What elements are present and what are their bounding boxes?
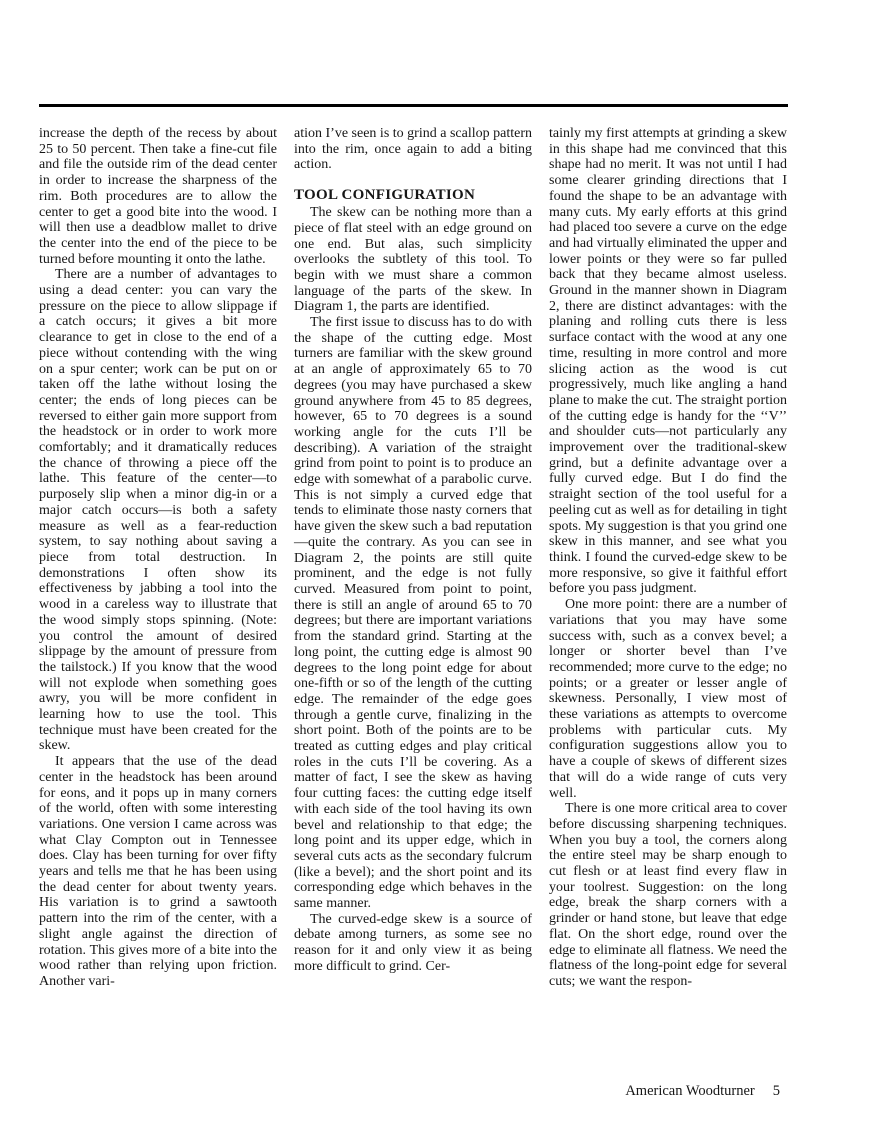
paragraph-continuation: ation I’ve seen is to grind a scallop pa…	[294, 126, 532, 173]
page-footer: American Woodturner5	[39, 1083, 788, 1100]
text-column-2: ation I’ve seen is to grind a scallop pa…	[294, 126, 532, 1076]
header-rule	[39, 104, 788, 107]
paragraph-continuation: tainly my first attempts at grinding a s…	[549, 126, 787, 597]
page-number: 5	[773, 1083, 780, 1099]
paragraph: One more point: there are a number of va…	[549, 597, 787, 801]
paragraph: It appears that the use of the dead cent…	[39, 754, 277, 990]
article-columns: increase the depth of the recess by abou…	[39, 126, 788, 1076]
paragraph: The first issue to discuss has to do wit…	[294, 315, 532, 912]
section-heading: TOOL CONFIGURATION	[294, 187, 532, 203]
text-column-1: increase the depth of the recess by abou…	[39, 126, 277, 1076]
paragraph: There is one more critical area to cover…	[549, 801, 787, 989]
magazine-page: increase the depth of the recess by abou…	[0, 0, 875, 1133]
text-column-3: tainly my first attempts at grinding a s…	[549, 126, 787, 1076]
paragraph-continuation: increase the depth of the recess by abou…	[39, 126, 277, 267]
journal-title: American Woodturner	[625, 1083, 754, 1099]
paragraph: The curved-edge skew is a source of deba…	[294, 912, 532, 975]
paragraph: The skew can be nothing more than a piec…	[294, 205, 532, 315]
paragraph: There are a number of advantages to usin…	[39, 267, 277, 754]
